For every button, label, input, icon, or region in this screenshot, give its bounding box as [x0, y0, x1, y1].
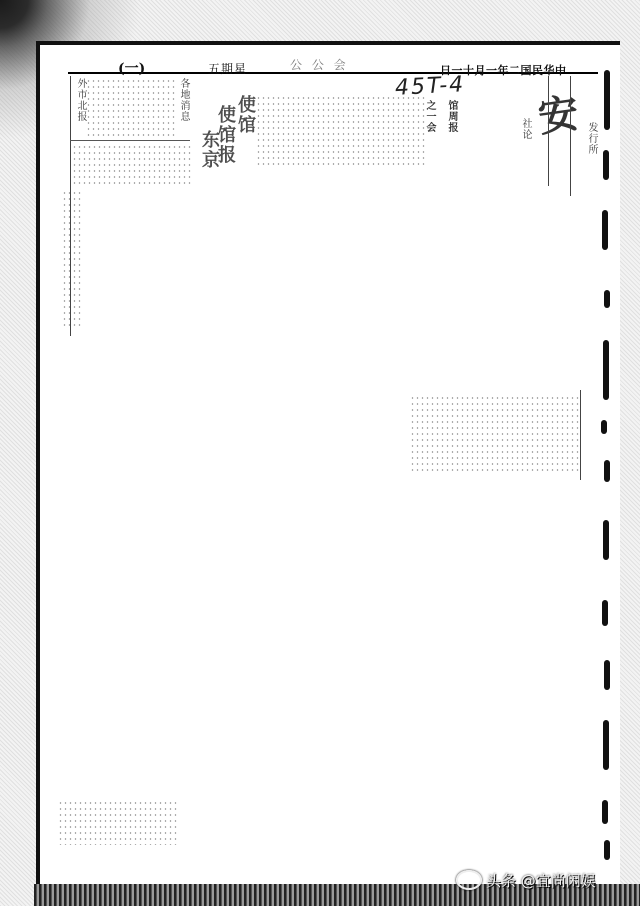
column-text: 地 [178, 89, 189, 100]
watermark-text: 头条 @宜尚闲娱 [486, 870, 596, 891]
column-text: 消 [178, 100, 189, 111]
news-column-left-2: 各地消息 [178, 78, 189, 138]
column-text: 之 [424, 100, 435, 111]
paper-name: 公 公 会 [290, 56, 349, 73]
column-rule [570, 76, 571, 196]
faded-text-block [256, 95, 426, 165]
column-text: 各 [178, 78, 189, 89]
faded-text-block [62, 190, 82, 330]
column-rule [548, 76, 549, 186]
column-text: 馆 [446, 100, 457, 111]
column-text: 社 [520, 118, 531, 129]
headline-char: 馆 [235, 115, 256, 135]
chat-bubble-icon [456, 870, 482, 890]
column-text: 会 [424, 122, 435, 133]
column-text: 市 [75, 89, 86, 100]
news-column-left: 外市北报 [75, 78, 86, 138]
column-text: 论 [520, 129, 531, 140]
column-text: 北 [75, 100, 86, 111]
faded-text-block [72, 144, 192, 186]
faded-text-block [410, 395, 580, 475]
faded-text-block [86, 78, 176, 140]
masthead-side-text: 社论 [520, 118, 531, 158]
column-text: 报 [446, 122, 457, 133]
masthead-title: 安 [534, 81, 582, 143]
headline-char: 使 [235, 95, 256, 115]
column-text: 行 [586, 133, 597, 144]
weekday-label: 五期星 [208, 60, 247, 77]
column-text: 息 [178, 111, 189, 122]
torn-right-edge [598, 60, 614, 870]
page-number: (一) [118, 58, 145, 78]
news-column-center: 之一会 [424, 100, 435, 166]
column-text: 报 [75, 111, 86, 122]
column-rule [580, 390, 581, 480]
column-text: 周 [446, 111, 457, 122]
faded-text-block [58, 800, 178, 845]
headline-char: 报 [215, 145, 236, 165]
column-text: 所 [586, 144, 597, 155]
column-text: 一 [424, 111, 435, 122]
news-column-center-2: 馆周报 [446, 100, 457, 166]
column-text: 外 [75, 78, 86, 89]
right-margin-text: 发行所 [586, 122, 597, 182]
headline-right: 使馆 [232, 95, 258, 135]
column-text: 发 [586, 122, 597, 133]
column-rule [70, 140, 190, 141]
